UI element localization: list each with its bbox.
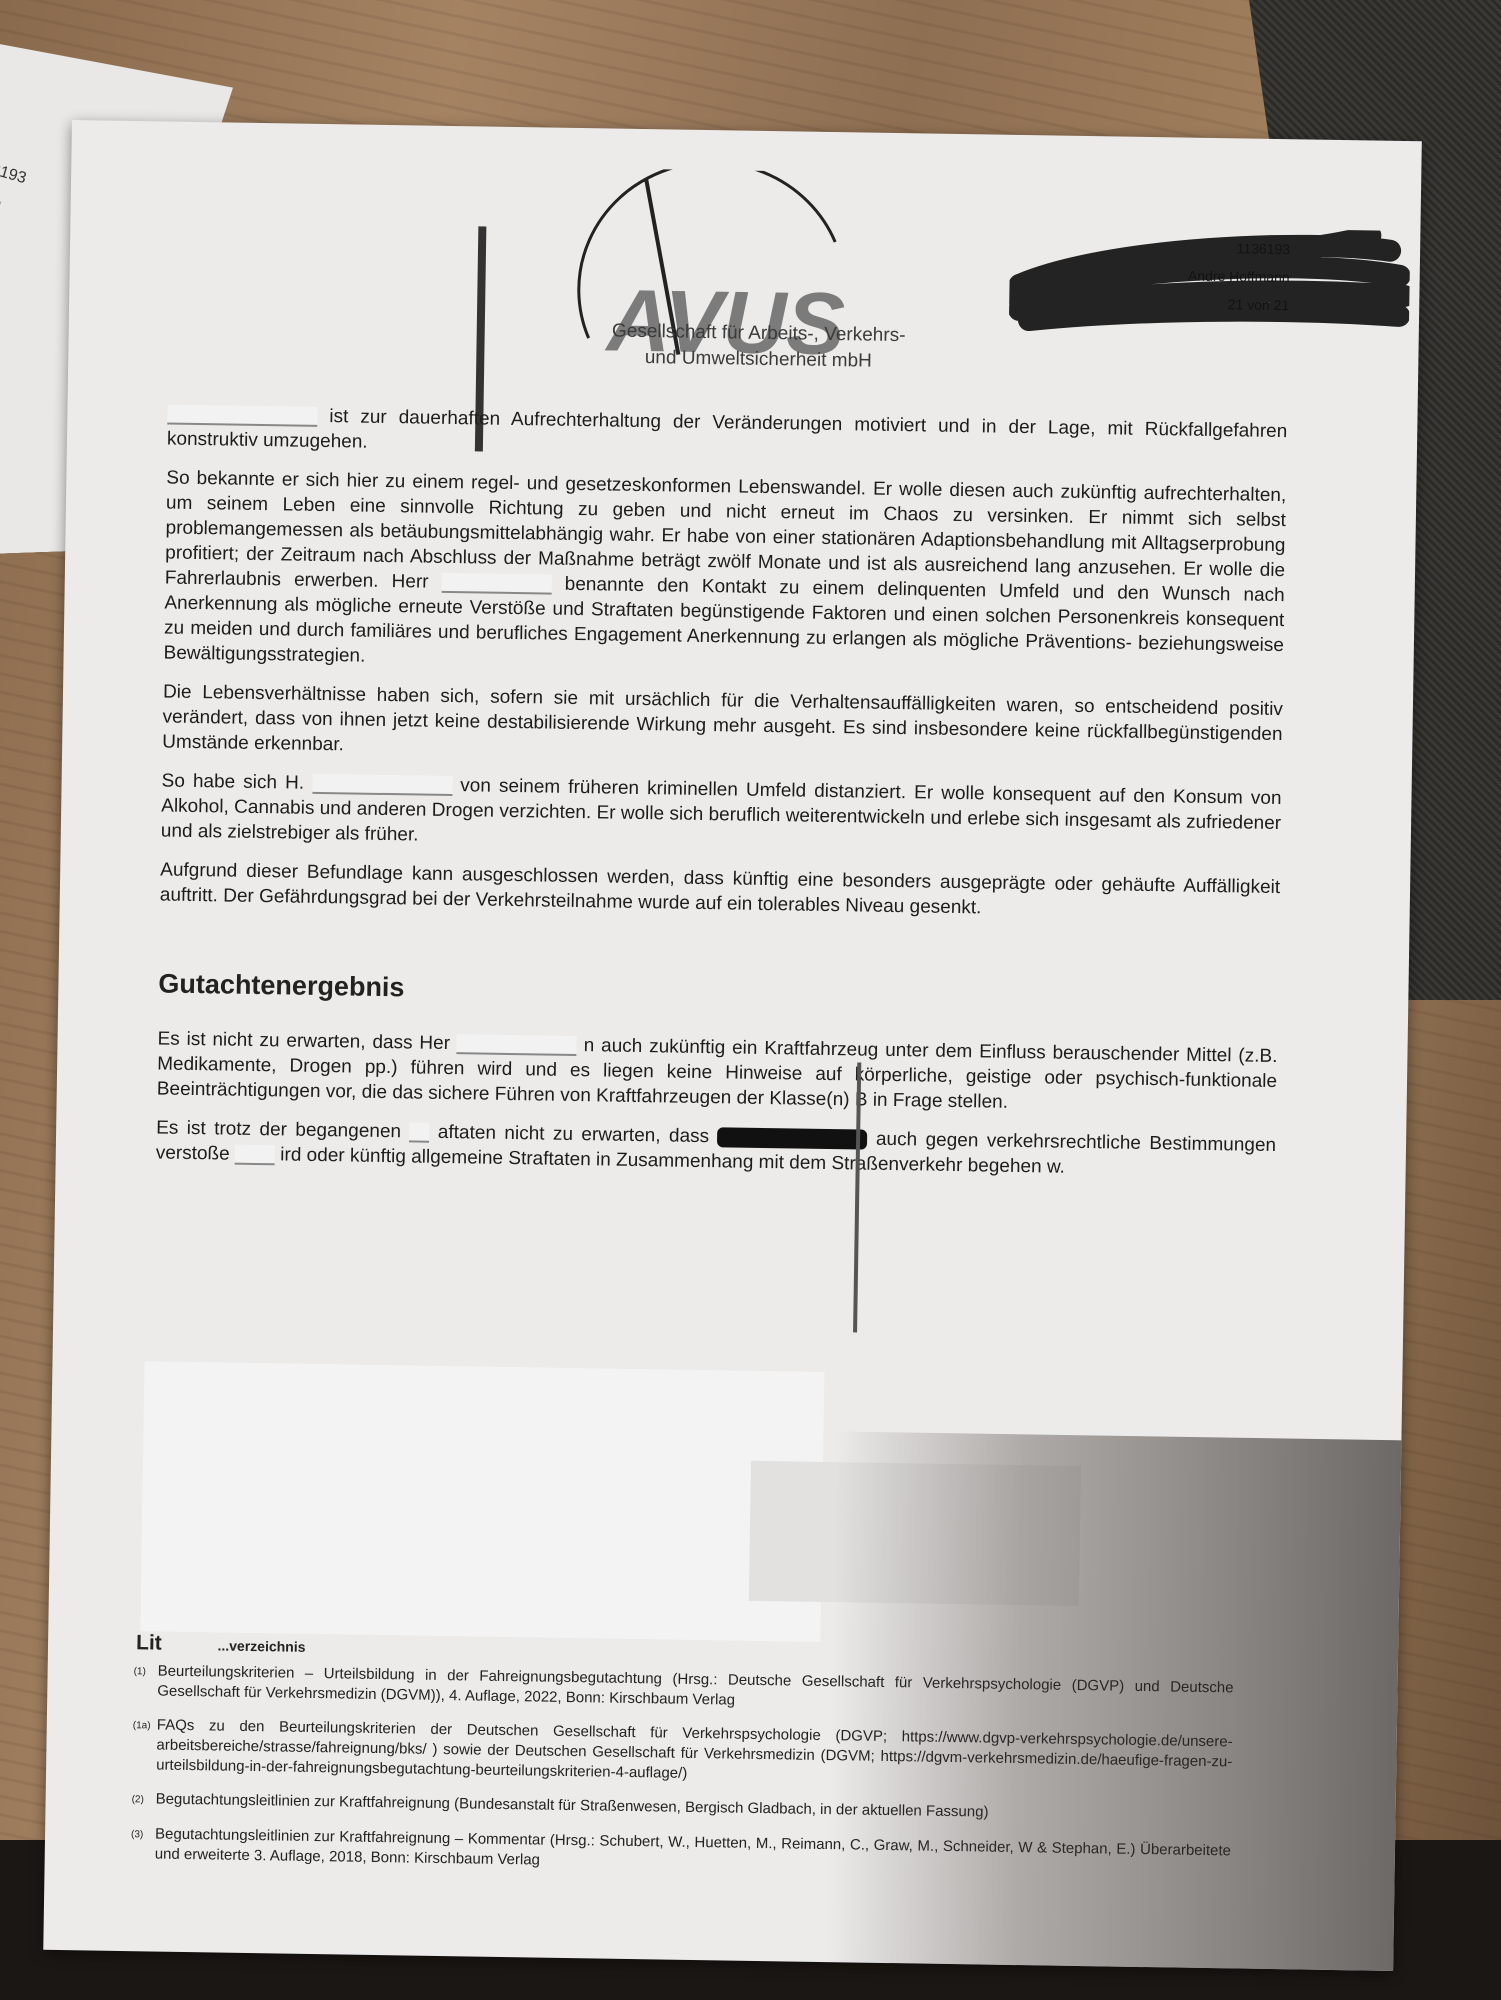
document-page: AVUS Gesellschaft für Arbeits-, Verkehrs… (43, 120, 1422, 1971)
section-title-result: Gutachtenergebnis (158, 971, 1278, 1014)
paragraph-5: Aufgrund dieser Befundlage kann ausgesch… (160, 857, 1281, 925)
paragraph-3: Die Lebensverhältnisse haben sich, sofer… (162, 680, 1283, 773)
reference-list: (1) Beurteilungskriterien – Urteilsbildu… (130, 1661, 1233, 1895)
reference-item: (3) Begutachtungsleitlinien zur Kraftfah… (131, 1824, 1231, 1881)
covering-paper (749, 1461, 1081, 1606)
paper-redaction (442, 573, 552, 595)
marker-redaction (717, 1127, 867, 1149)
paper-redaction (457, 1034, 577, 1056)
previous-page-case-number: 1136193 (0, 147, 30, 195)
result-paragraph-1: Es ist nicht zu erwarten, dass Her n auc… (157, 1026, 1278, 1119)
paragraph-4: So habe sich H. von seinem früheren krim… (161, 768, 1282, 861)
paper-redaction (167, 405, 317, 427)
assessment-text: ist zur dauerhaften Aufrechterhaltung de… (155, 402, 1287, 1197)
reference-item: (1a) FAQs zu den Beurteilungskriterien d… (132, 1715, 1233, 1792)
paragraph-1: ist zur dauerhaften Aufrechterhaltung de… (167, 402, 1288, 470)
company-name-line-2: und Umweltsicherheit mbH (598, 344, 918, 375)
marker-redaction (1009, 225, 1411, 341)
paragraph-2: So bekannte er sich hier zu einem regel-… (163, 466, 1286, 684)
paper-redaction (235, 1145, 275, 1166)
previous-page-meta: 1136193 fmann 21 (0, 147, 30, 256)
result-paragraph-2: Es ist trotz der begangenen aftaten nich… (156, 1115, 1277, 1183)
literature-title: Lit ...verzeichnis (136, 1631, 306, 1658)
reference-item: (1) Beurteilungskriterien – Urteilsbildu… (133, 1661, 1233, 1718)
paper-redaction (312, 774, 452, 796)
reference-item: (2) Begutachtungsleitlinien zur Kraftfah… (131, 1789, 1231, 1827)
paper-redaction (409, 1122, 429, 1142)
company-name: Gesellschaft für Arbeits-, Verkehrs- und… (598, 318, 919, 375)
covering-paper (140, 1361, 824, 1642)
